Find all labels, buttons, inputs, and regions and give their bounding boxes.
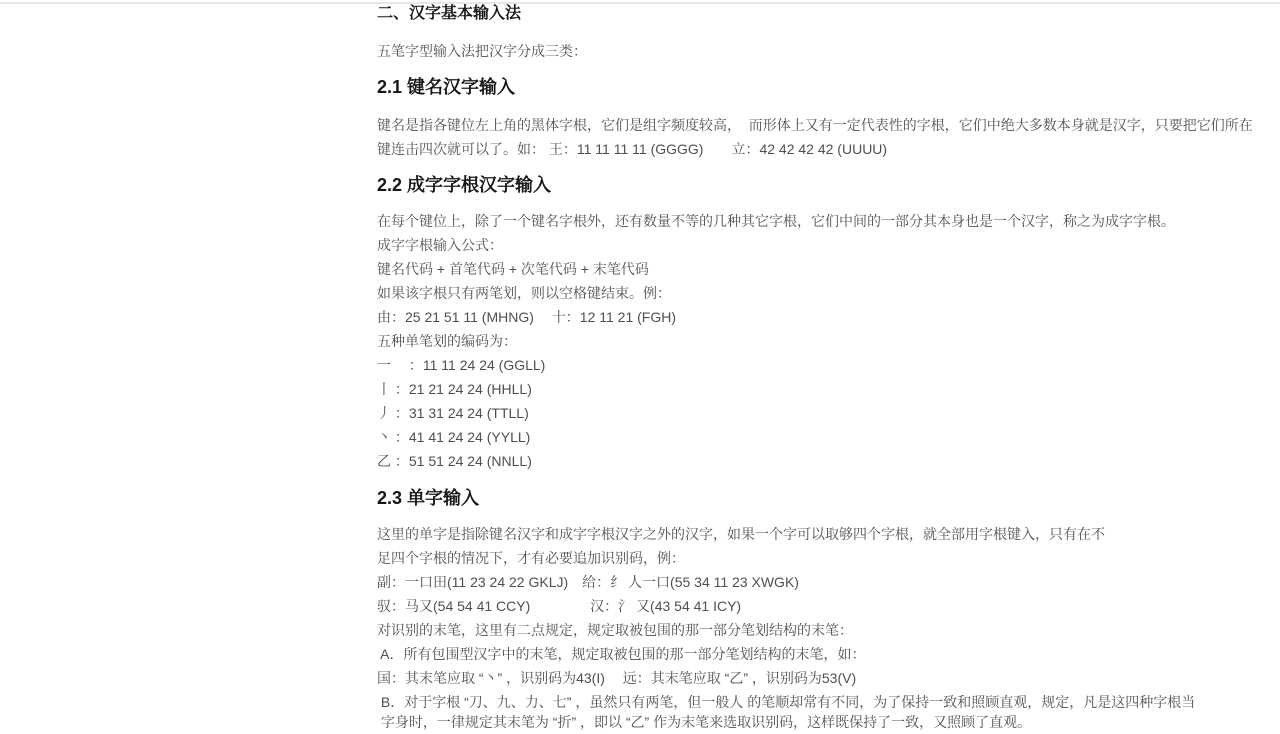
text-line: 在每个键位上，除了一个键名字根外，还有数量不等的几种其它字根，它们中间的一部分其… (377, 209, 1175, 233)
section-heading: 二、汉字基本输入法 (377, 2, 521, 26)
text-line-partial: 字身时，一律规定其末笔为 “折” ，即以 “乙” 作为末笔来选取识别码，这样既保… (377, 710, 1031, 720)
text-line: 对识别的末笔，这里有二点规定，规定取被包围的那一部分笔划结构的末笔： (377, 618, 853, 642)
text-line: 副：一口田(11 23 24 22 GKLJ) 给：纟 人一口(55 34 11… (377, 570, 799, 594)
text-line: 丨 ：21 21 24 24 (HHLL) (377, 377, 532, 401)
text-line: 由：25 21 51 11 (MHNG) 十：12 11 21 (FGH) (377, 305, 676, 329)
article-content: 二、汉字基本输入法五笔字型输入法把汉字分成三类：2.1 键名汉字输入键名是指各键… (377, 0, 1152, 720)
text-line: 如果该字根只有两笔划，则以空格键结束。例： (377, 281, 671, 305)
text-line: 丶 ：41 41 24 24 (YYLL) (377, 425, 530, 449)
section-heading: 2.2 成字字根汉字输入 (377, 172, 551, 198)
text-line: 键名是指各键位左上角的黑体字根，它们是组字频度较高， 而形体上又有一定代表性的字… (377, 113, 1253, 137)
text-line: 驭：马又(54 54 41 CCY) 汉：氵 又(43 54 41 ICY) (377, 594, 741, 618)
text-line: 乙 ：51 51 24 24 (NNLL) (377, 449, 532, 473)
text-line: 键连击四次就可以了。如： 王：11 11 11 11 (GGGG) 立：42 4… (377, 137, 887, 161)
section-heading: 2.3 单字输入 (377, 485, 479, 511)
text-line: 成字字根输入公式： (377, 233, 503, 257)
text-line: 一 ：11 11 24 24 (GGLL) (377, 353, 545, 377)
text-line: A．所有包围型汉字中的末笔，规定取被包围的那一部分笔划结构的末笔，如： (377, 642, 865, 666)
text-line: 足四个字根的情况下，才有必要追加识别码，例： (377, 546, 685, 570)
text-line: 五种单笔划的编码为： (377, 329, 517, 353)
text-line: 键名代码 + 首笔代码 + 次笔代码 + 末笔代码 (377, 257, 649, 281)
text-line: 丿 ：31 31 24 24 (TTLL) (377, 401, 529, 425)
text-line: 这里的单字是指除键名汉字和成字字根汉字之外的汉字，如果一个字可以取够四个字根，就… (377, 522, 1105, 546)
text-line: 国：其末笔应取 “丶” ，识别码为43(I) 远：其末笔应取 “乙” ，识别码为… (377, 666, 856, 690)
text-line: 五笔字型输入法把汉字分成三类： (377, 39, 587, 63)
section-heading: 2.1 键名汉字输入 (377, 74, 515, 100)
